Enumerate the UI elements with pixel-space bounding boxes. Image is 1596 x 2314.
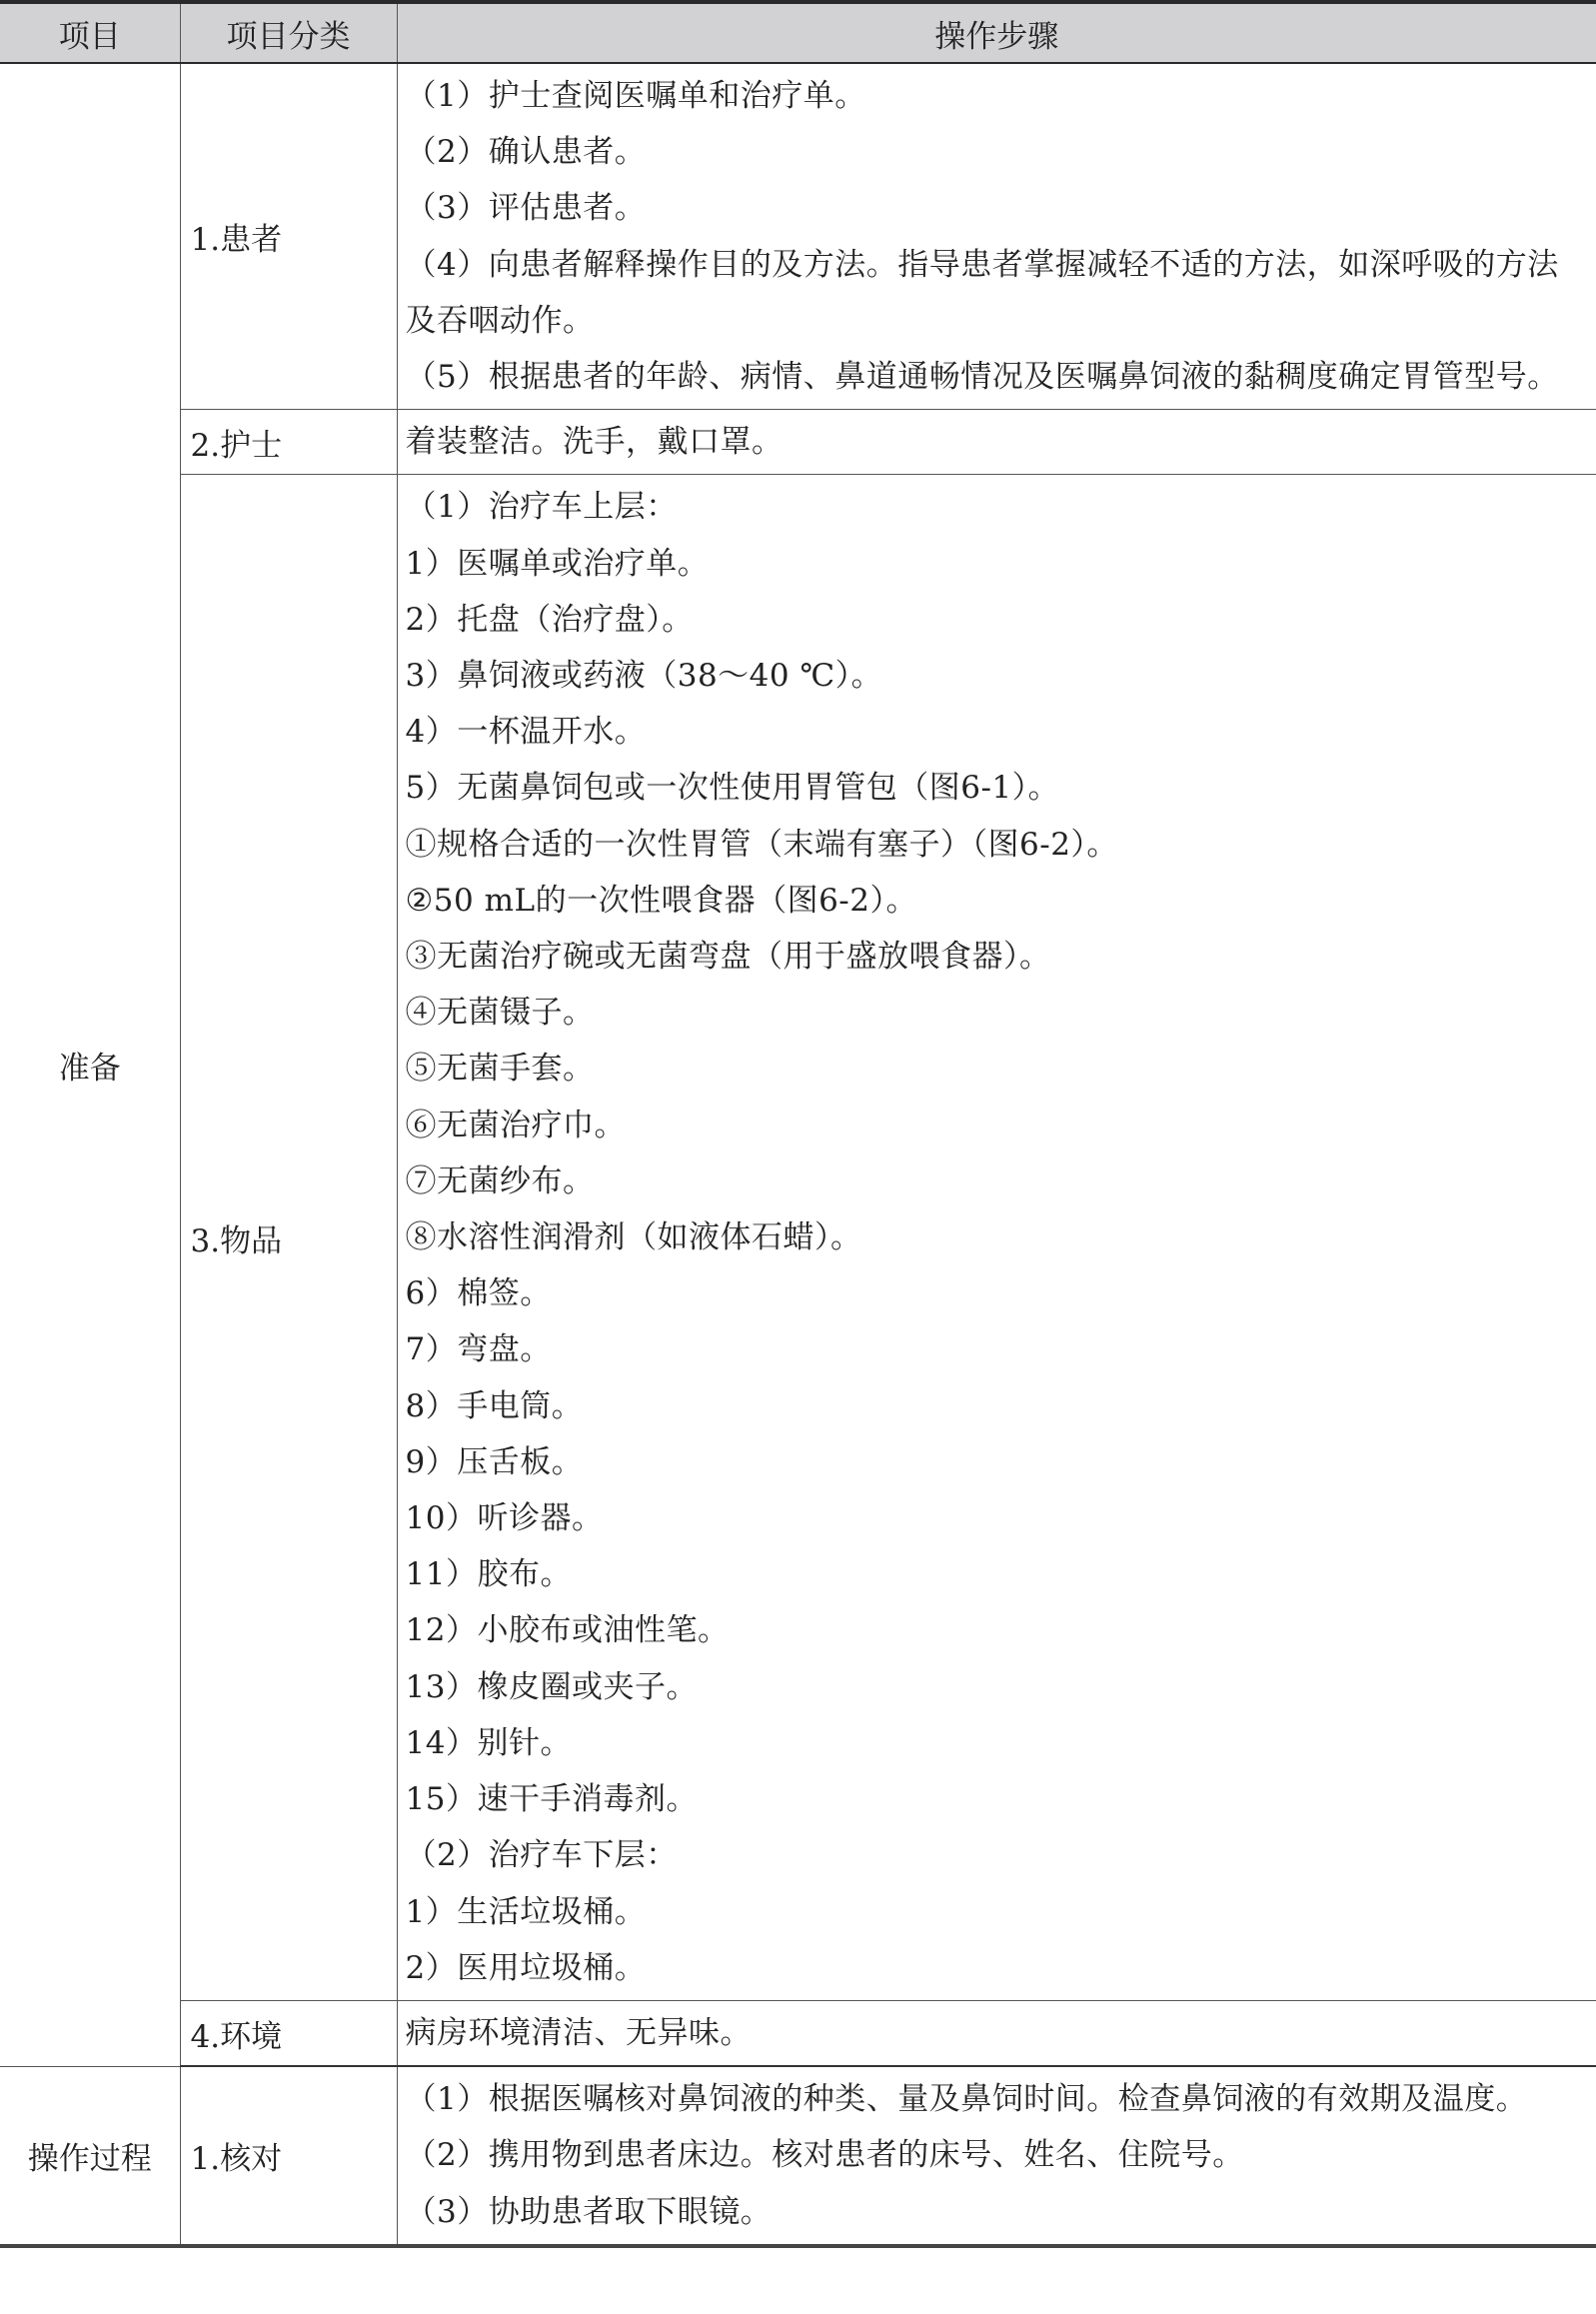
step-line: ⑤无菌手套。 xyxy=(406,1041,1589,1097)
step-line: 3）鼻饲液或药液（38～40 ℃）。 xyxy=(406,648,1589,704)
steps-cell: （1）护士查阅医嘱单和治疗单。 （2）确认患者。 （3）评估患者。 （4）向患者… xyxy=(397,63,1596,410)
category-cell: 3.物品 xyxy=(180,475,397,2000)
header-row: 项目 项目分类 操作步骤 xyxy=(0,2,1596,63)
step-line: ⑥无菌治疗巾。 xyxy=(406,1098,1589,1154)
table-row: 3.物品 （1）治疗车上层： 1）医嘱单或治疗单。 2）托盘（治疗盘）。 3）鼻… xyxy=(0,475,1596,2000)
item-cell-preparation: 准备 xyxy=(0,63,180,2066)
step-line: （1）治疗车上层： xyxy=(406,479,1589,535)
step-line: （1）护士查阅医嘱单和治疗单。 xyxy=(406,68,1589,124)
header-steps: 操作步骤 xyxy=(397,2,1596,63)
step-line: （1）根据医嘱核对鼻饲液的种类、量及鼻饲时间。检查鼻饲液的有效期及温度。 xyxy=(406,2071,1589,2127)
step-line: 9）压舌板。 xyxy=(406,1434,1589,1490)
step-line: 13）橡皮圈或夹子。 xyxy=(406,1659,1589,1715)
table-row: 2.护士 着装整洁。洗手，戴口罩。 xyxy=(0,410,1596,475)
step-line: （5）根据患者的年龄、病情、鼻道通畅情况及医嘱鼻饲液的黏稠度确定胃管型号。 xyxy=(406,349,1589,405)
step-line: （2）携用物到患者床边。核对患者的床号、姓名、住院号。 xyxy=(406,2127,1589,2183)
step-line: ⑧水溶性润滑剂（如液体石蜡）。 xyxy=(406,1209,1589,1265)
step-line: （3）评估患者。 xyxy=(406,180,1589,236)
table-row: 准备 1.患者 （1）护士查阅医嘱单和治疗单。 （2）确认患者。 （3）评估患者… xyxy=(0,63,1596,410)
steps-cell: （1）治疗车上层： 1）医嘱单或治疗单。 2）托盘（治疗盘）。 3）鼻饲液或药液… xyxy=(397,475,1596,2000)
header-item: 项目 xyxy=(0,2,180,63)
step-line: ②50 mL的一次性喂食器（图6-2）。 xyxy=(406,873,1589,929)
step-line: 8）手电筒。 xyxy=(406,1378,1589,1434)
category-cell: 4.环境 xyxy=(180,2000,397,2066)
item-cell-operation: 操作过程 xyxy=(0,2066,180,2246)
step-line: 11）胶布。 xyxy=(406,1546,1589,1602)
steps-cell: （1）根据医嘱核对鼻饲液的种类、量及鼻饲时间。检查鼻饲液的有效期及温度。 （2）… xyxy=(397,2066,1596,2246)
step-line: 14）别针。 xyxy=(406,1715,1589,1771)
step-line: 病房环境清洁、无异味。 xyxy=(406,2005,1589,2061)
header-category: 项目分类 xyxy=(180,2,397,63)
step-line: 1）医嘱单或治疗单。 xyxy=(406,536,1589,592)
category-cell: 1.核对 xyxy=(180,2066,397,2246)
category-cell: 1.患者 xyxy=(180,63,397,410)
step-line: 4）一杯温开水。 xyxy=(406,704,1589,760)
steps-cell: 着装整洁。洗手，戴口罩。 xyxy=(397,410,1596,475)
table-row: 4.环境 病房环境清洁、无异味。 xyxy=(0,2000,1596,2066)
step-line: ③无菌治疗碗或无菌弯盘（用于盛放喂食器）。 xyxy=(406,929,1589,985)
step-line: （2）治疗车下层： xyxy=(406,1827,1589,1883)
step-line: ①规格合适的一次性胃管（末端有塞子）（图6-2）。 xyxy=(406,817,1589,873)
step-line: 7）弯盘。 xyxy=(406,1321,1589,1377)
step-line: 2）医用垃圾桶。 xyxy=(406,1940,1589,1996)
step-line: ④无菌镊子。 xyxy=(406,985,1589,1041)
step-line: 着装整洁。洗手，戴口罩。 xyxy=(406,414,1589,470)
step-line: （2）确认患者。 xyxy=(406,124,1589,180)
steps-cell: 病房环境清洁、无异味。 xyxy=(397,2000,1596,2066)
step-line: 5）无菌鼻饲包或一次性使用胃管包（图6-1）。 xyxy=(406,760,1589,816)
step-line: 1）生活垃圾桶。 xyxy=(406,1884,1589,1940)
step-line: （4）向患者解释操作目的及方法。指导患者掌握减轻不适的方法，如深呼吸的方法及吞咽… xyxy=(406,237,1589,349)
step-line: 6）棉签。 xyxy=(406,1265,1589,1321)
table-row: 操作过程 1.核对 （1）根据医嘱核对鼻饲液的种类、量及鼻饲时间。检查鼻饲液的有… xyxy=(0,2066,1596,2246)
step-line: 15）速干手消毒剂。 xyxy=(406,1771,1589,1827)
step-line: 12）小胶布或油性笔。 xyxy=(406,1602,1589,1658)
step-line: 10）听诊器。 xyxy=(406,1490,1589,1546)
step-line: 2）托盘（治疗盘）。 xyxy=(406,592,1589,648)
procedure-table: 项目 项目分类 操作步骤 准备 1.患者 （1）护士查阅医嘱单和治疗单。 （2）… xyxy=(0,0,1596,2248)
step-line: ⑦无菌纱布。 xyxy=(406,1154,1589,1209)
category-cell: 2.护士 xyxy=(180,410,397,475)
step-line: （3）协助患者取下眼镜。 xyxy=(406,2184,1589,2240)
